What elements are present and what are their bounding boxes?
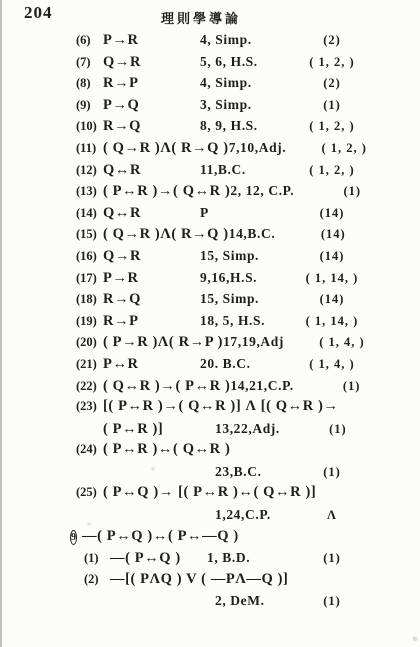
- premise-refs: (2): [274, 30, 390, 52]
- premise-refs: (1): [294, 376, 410, 398]
- justification-text: 8, 9, H.S.: [200, 115, 258, 137]
- line-number: (13): [76, 181, 103, 203]
- proof-line: (18) R→Q 15, Simp. (14): [0, 288, 420, 310]
- formula-text: Q↔R: [103, 160, 200, 182]
- formula-text: ( P↔Q )→ [( P↔R )↔( Q↔R )]: [103, 482, 316, 504]
- justification-text: 9,16,H.S.: [200, 267, 257, 289]
- formula-text: ( P↔R )→( Q↔R ): [103, 181, 230, 203]
- proof-line: (12) Q↔R 11,B.C. ( 1, 2, ): [0, 159, 420, 181]
- formula-text: ( Q→R )Λ( R→Q ): [103, 138, 229, 160]
- proof-line: 1,24,C.P. Λ: [0, 504, 420, 526]
- justification-text: 1, B.D.: [207, 547, 250, 569]
- proof-line: (16) Q→R 15, Simp. (14): [0, 245, 420, 267]
- justification-text: 2, DeM.: [215, 590, 265, 612]
- justification-text: 20. B.C.: [200, 353, 251, 375]
- line-number: (24): [76, 439, 103, 461]
- line-number: (18): [76, 289, 103, 311]
- premise-refs: ( 1, 14, ): [274, 268, 390, 290]
- premise-refs: (14): [274, 203, 390, 225]
- line-number: (7): [76, 52, 103, 74]
- proof-line: (23) [( P↔R )→( Q↔R )] Λ [( Q↔R )→: [0, 396, 420, 418]
- formula-text: R→P: [103, 73, 200, 95]
- justification-text: 1,24,C.P.: [215, 504, 271, 526]
- formula-text: ( Q→R )Λ( R→Q ): [103, 224, 229, 246]
- proof-line: (20) ( P→R )Λ( R→P ) 17,19,Adj ( 1, 4, ): [0, 331, 420, 353]
- premise-refs: Λ: [274, 505, 390, 527]
- formula-text: ( Q↔R )→( P↔R ): [103, 376, 230, 398]
- justification-text: 13,22,Adj.: [215, 418, 280, 440]
- formula-text: R→Q: [103, 289, 200, 311]
- premise-refs: (1): [274, 95, 390, 117]
- justification-text: 15, Simp.: [200, 245, 259, 267]
- formula-text: —[( PΛQ ) V ( —PΛ—Q )]: [110, 569, 288, 591]
- formula-text: R→Q: [103, 116, 200, 138]
- formula-text: P→Q: [103, 95, 200, 117]
- line-number: (10): [76, 116, 103, 138]
- justification-text: 14,21,C.P.: [230, 375, 293, 397]
- premise-refs: ( 1, 2, ): [274, 52, 390, 74]
- running-title: 理則學導論: [0, 8, 411, 27]
- line-number: (8): [76, 73, 103, 95]
- line-number: (17): [76, 268, 103, 290]
- line-number: (20): [76, 332, 103, 354]
- proof-line: (24) ( P↔R )↔( Q↔R ): [0, 439, 420, 461]
- premise-refs: (1): [274, 591, 390, 613]
- formula-text: Q→R: [103, 52, 200, 74]
- premise-refs: ( 1, 2, ): [274, 160, 390, 182]
- formula-text: P→R: [103, 268, 200, 290]
- formula-text: P↔R: [103, 354, 200, 376]
- premise-refs: (1): [280, 419, 396, 441]
- premise-refs: ( 1, 4, ): [274, 354, 390, 376]
- formula-text: P→R: [103, 30, 200, 52]
- proof-line: (10) R→Q 8, 9, H.S. ( 1, 2, ): [0, 115, 420, 137]
- proof-line: (2) —[( PΛQ ) V ( —PΛ—Q )]: [0, 569, 420, 591]
- line-number: (12): [76, 160, 103, 182]
- premise-refs: ( 1, 2, ): [274, 116, 390, 138]
- proof-line: (15) ( Q→R )Λ( R→Q ) 14,B.C. (14): [0, 223, 420, 245]
- premise-refs: ( 1, 2, ): [286, 138, 402, 160]
- proof-line: 9 —( P↔Q )↔( P↔—Q ): [0, 526, 420, 548]
- justification-text: 23,B.C.: [215, 461, 262, 483]
- proof-line: (25) ( P↔Q )→ [( P↔R )↔( Q↔R )]: [0, 482, 420, 504]
- premise-refs: (1): [294, 181, 410, 203]
- line-number: (11): [76, 138, 103, 160]
- proof-line: 23,B.C. (1): [0, 461, 420, 483]
- justification-text: 17,19,Adj: [223, 331, 284, 353]
- premise-refs: (1): [274, 462, 390, 484]
- proof-line: (21) P↔R 20. B.C. ( 1, 4, ): [0, 353, 420, 375]
- formula-text: ( P→R )Λ( R→P ): [103, 332, 223, 354]
- proof-line: (6) P→R 4, Simp. (2): [0, 29, 420, 51]
- line-number: (6): [76, 30, 103, 52]
- justification-text: 14,B.C.: [229, 223, 276, 245]
- formula-text: Q↔R: [103, 203, 200, 225]
- justification-text: P: [200, 202, 209, 224]
- proof-line: (7) Q→R 5, 6, H.S. ( 1, 2, ): [0, 51, 420, 73]
- proof-line: (13) ( P↔R )→( Q↔R ) 2, 12, C.P. (1): [0, 180, 420, 202]
- justification-text: 18, 5, H.S.: [200, 310, 265, 332]
- premise-refs: (2): [274, 73, 390, 95]
- justification-text: 4, Simp.: [200, 72, 252, 94]
- formula-text: —( P↔Q ): [110, 548, 207, 570]
- proof-line: (9) P→Q 3, Simp. (1): [0, 94, 420, 116]
- line-number: (15): [76, 224, 103, 246]
- formula-text: —( P↔Q )↔( P↔—Q ): [82, 526, 239, 548]
- line-number: (22): [76, 376, 103, 398]
- proof-line: ( P↔R )] 13,22,Adj. (1): [0, 418, 420, 440]
- proof-line: (11) ( Q→R )Λ( R→Q ) 7,10,Adj. ( 1, 2, ): [0, 137, 420, 159]
- justification-text: 3, Simp.: [200, 94, 252, 116]
- justification-text: 7,10,Adj.: [229, 137, 287, 159]
- justification-text: 5, 6, H.S.: [200, 51, 258, 73]
- proof-line: (14) Q↔R P (14): [0, 202, 420, 224]
- formula-text: R→P: [103, 311, 200, 333]
- proof-line: 2, DeM. (1): [0, 590, 420, 612]
- proof-line: (8) R→P 4, Simp. (2): [0, 72, 420, 94]
- formula-text: [( P↔R )→( Q↔R )] Λ [( Q↔R )→: [103, 396, 339, 418]
- justification-text: 2, 12, C.P.: [230, 180, 294, 202]
- formula-text: ( P↔R )]: [103, 419, 215, 441]
- proof-line: (19) R→P 18, 5, H.S. ( 1, 14, ): [0, 310, 420, 332]
- line-number: (9): [76, 95, 103, 117]
- proof-steps: (6) P→R 4, Simp. (2) (7) Q→R 5, 6, H.S. …: [0, 29, 420, 612]
- line-number: (16): [76, 246, 103, 268]
- line-number: (2): [84, 569, 110, 591]
- line-number: (25): [76, 482, 103, 504]
- justification-text: 4, Simp.: [200, 29, 252, 51]
- premise-refs: (14): [274, 289, 390, 311]
- formula-text: ( P↔R )↔( Q↔R ): [103, 439, 230, 461]
- proof-line: (1) —( P↔Q ) 1, B.D. (1): [0, 547, 420, 569]
- premise-refs: (14): [274, 246, 390, 268]
- premise-refs: (1): [274, 548, 390, 570]
- justification-text: 15, Simp.: [200, 288, 259, 310]
- premise-refs: (14): [275, 224, 391, 246]
- line-number: (1): [84, 548, 110, 570]
- scanned-book-page: { "page": { "page_number": "204", "runni…: [0, 0, 420, 647]
- line-number: (23): [76, 396, 103, 418]
- proof-line: (22) ( Q↔R )→( P↔R ) 14,21,C.P. (1): [0, 375, 420, 397]
- premise-refs: ( 1, 14, ): [274, 311, 390, 333]
- scan-noise-specks: [0, 0, 2, 2]
- formula-text: Q→R: [103, 246, 200, 268]
- circled-section-number: 9: [70, 530, 77, 545]
- line-number: (19): [76, 311, 103, 333]
- line-number: (21): [76, 354, 103, 376]
- premise-refs: ( 1, 4, ): [284, 332, 400, 354]
- proof-line: (17) P→R 9,16,H.S. ( 1, 14, ): [0, 267, 420, 289]
- justification-text: 11,B.C.: [200, 159, 246, 181]
- line-number: (14): [76, 203, 103, 225]
